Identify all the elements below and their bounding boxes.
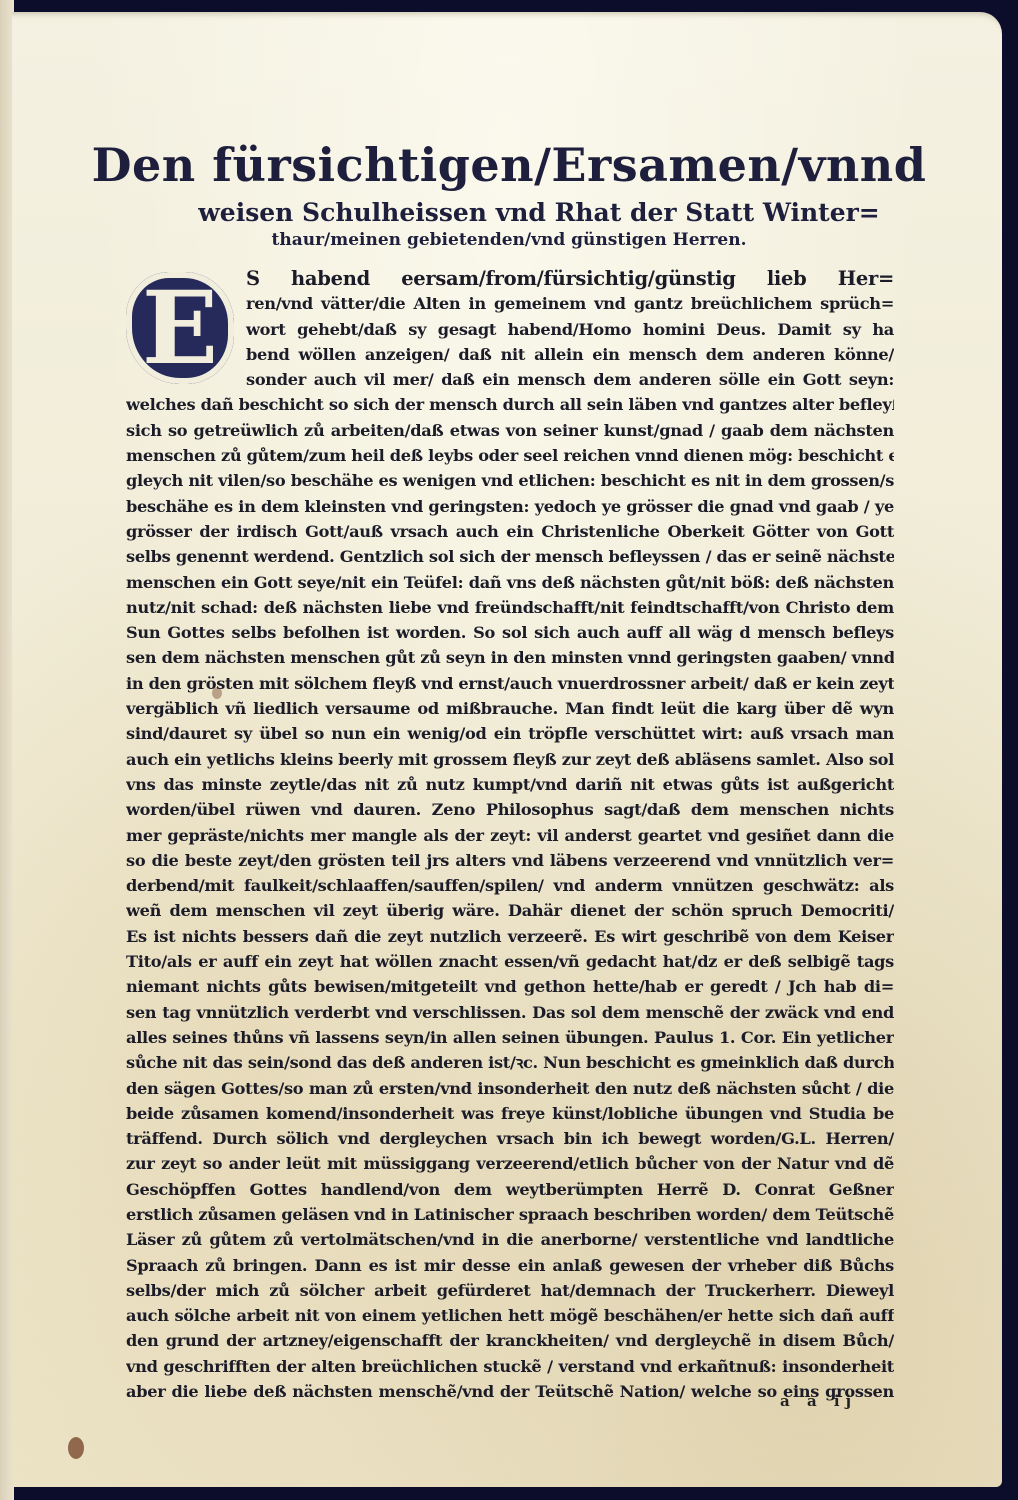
ink-stain (68, 1437, 84, 1459)
text-line: beide zůsamen komend/insonderheit was fr… (126, 1101, 894, 1126)
text-line: sich so getreüwlich zů arbeiten/daß etwa… (126, 418, 894, 443)
text-line: ren/vnd vätter/die Alten in gemeinem vnd… (126, 291, 894, 316)
text-line: sůche nit das sein/sond das deß anderen … (126, 1050, 894, 1075)
text-line: worden/übel rüwen vnd dauren. Zeno Philo… (126, 797, 894, 822)
text-line: welches dañ beschicht so sich der mensch… (126, 392, 894, 417)
text-line: auch sölche arbeit nit von einem yetlich… (126, 1303, 894, 1328)
text-line: vnd geschrifften der alten breüchlichen … (126, 1354, 894, 1379)
text-line: derbend/mit faulkeit/schlaaffen/sauffen/… (126, 873, 894, 898)
text-line: grösser der irdisch Gott/auß vrsach auch… (126, 519, 894, 544)
text-line: selbs genennt werdend. Gentzlich sol sic… (126, 544, 894, 569)
text-line: sen dem nächsten menschen gůt zů seyn in… (126, 645, 894, 670)
text-line: vergäblich vñ liedlich versaume od mißbr… (126, 696, 894, 721)
text-line: vns das minste zeytle/das nit zů nutz ku… (126, 772, 894, 797)
text-line: Es ist nichts bessers dañ die zeyt nutzl… (126, 924, 894, 949)
text-line: zur zeyt so ander leüt mit müssiggang ve… (126, 1151, 894, 1176)
signature-mark: a a ij (780, 1392, 857, 1410)
text-line: selbs/der mich zů sölcher arbeit gefürde… (126, 1278, 894, 1303)
heading-line-1: Den fürsichtigen/Ersamen/vnnd (0, 138, 1018, 192)
text-line: Tito/als er auff ein zeyt hat wöllen zna… (126, 949, 894, 974)
text-line: aber die liebe deß nächsten menschẽ/vnd … (126, 1379, 894, 1404)
text-line: nutz/nit schad: deß nächsten liebe vnd f… (126, 595, 894, 620)
text-line: niemant nichts gůts bewisen/mitgeteilt v… (126, 974, 894, 999)
text-line: menschen zů gůtem/zum heil deß leybs ode… (126, 443, 894, 468)
text-line: auch ein yetlichs kleins beerly mit gros… (126, 747, 894, 772)
text-line: Spraach zů bringen. Dann es ist mir dess… (126, 1253, 894, 1278)
text-line: weñ dem menschen vil zeyt überig wäre. D… (126, 898, 894, 923)
text-line: mer gepräste/nichts mer mangle als der z… (126, 823, 894, 848)
text-line: sen tag vnnützlich verderbt vnd verschli… (126, 1000, 894, 1025)
text-line: Läser zů gůtem zů vertolmätschen/vnd in … (126, 1227, 894, 1252)
text-line: bend wöllen anzeigen/ daß nit allein ein… (126, 342, 894, 367)
heading-line-2: weisen Schulheissen vnd Rhat der Statt W… (0, 198, 1018, 227)
text-line: gleych nit vilen/so beschähe es wenigen … (126, 468, 894, 493)
text-line: sind/dauret sy übel so nun ein wenig/od … (126, 721, 894, 746)
body-text: S habend eersam/from/fürsichtig/günstig … (126, 266, 894, 1404)
text-line: so die beste zeyt/den grösten teil jrs a… (126, 848, 894, 873)
text-line: S habend eersam/from/fürsichtig/günstig … (126, 266, 894, 291)
text-line: träffend. Durch sölich vnd dergleychen v… (126, 1126, 894, 1151)
text-line: wort gehebt/daß sy gesagt habend/Homo ho… (126, 317, 894, 342)
text-line: menschen ein Gott seye/nit ein Teüfel: d… (126, 570, 894, 595)
text-line: den sägen Gottes/so man zů ersten/vnd in… (126, 1076, 894, 1101)
text-line: sonder auch vil mer/ daß ein mensch dem … (126, 367, 894, 392)
text-line: in den grösten mit sölchem fleyß vnd ern… (126, 671, 894, 696)
text-line: beschähe es in dem kleinsten vnd gerings… (126, 494, 894, 519)
text-line: alles seines thůns vñ lassens seyn/in al… (126, 1025, 894, 1050)
text-line: Sun Gottes selbs befolhen ist worden. So… (126, 620, 894, 645)
text-line: Geschöpffen Gottes handlend/von dem weyt… (126, 1177, 894, 1202)
heading-line-3: thaur/meinen gebietenden/vnd günstigen H… (0, 230, 1018, 250)
text-line: den grund der artzney/eigenschafft der k… (126, 1328, 894, 1353)
text-line: erstlich zůsamen geläsen vnd in Latinisc… (126, 1202, 894, 1227)
